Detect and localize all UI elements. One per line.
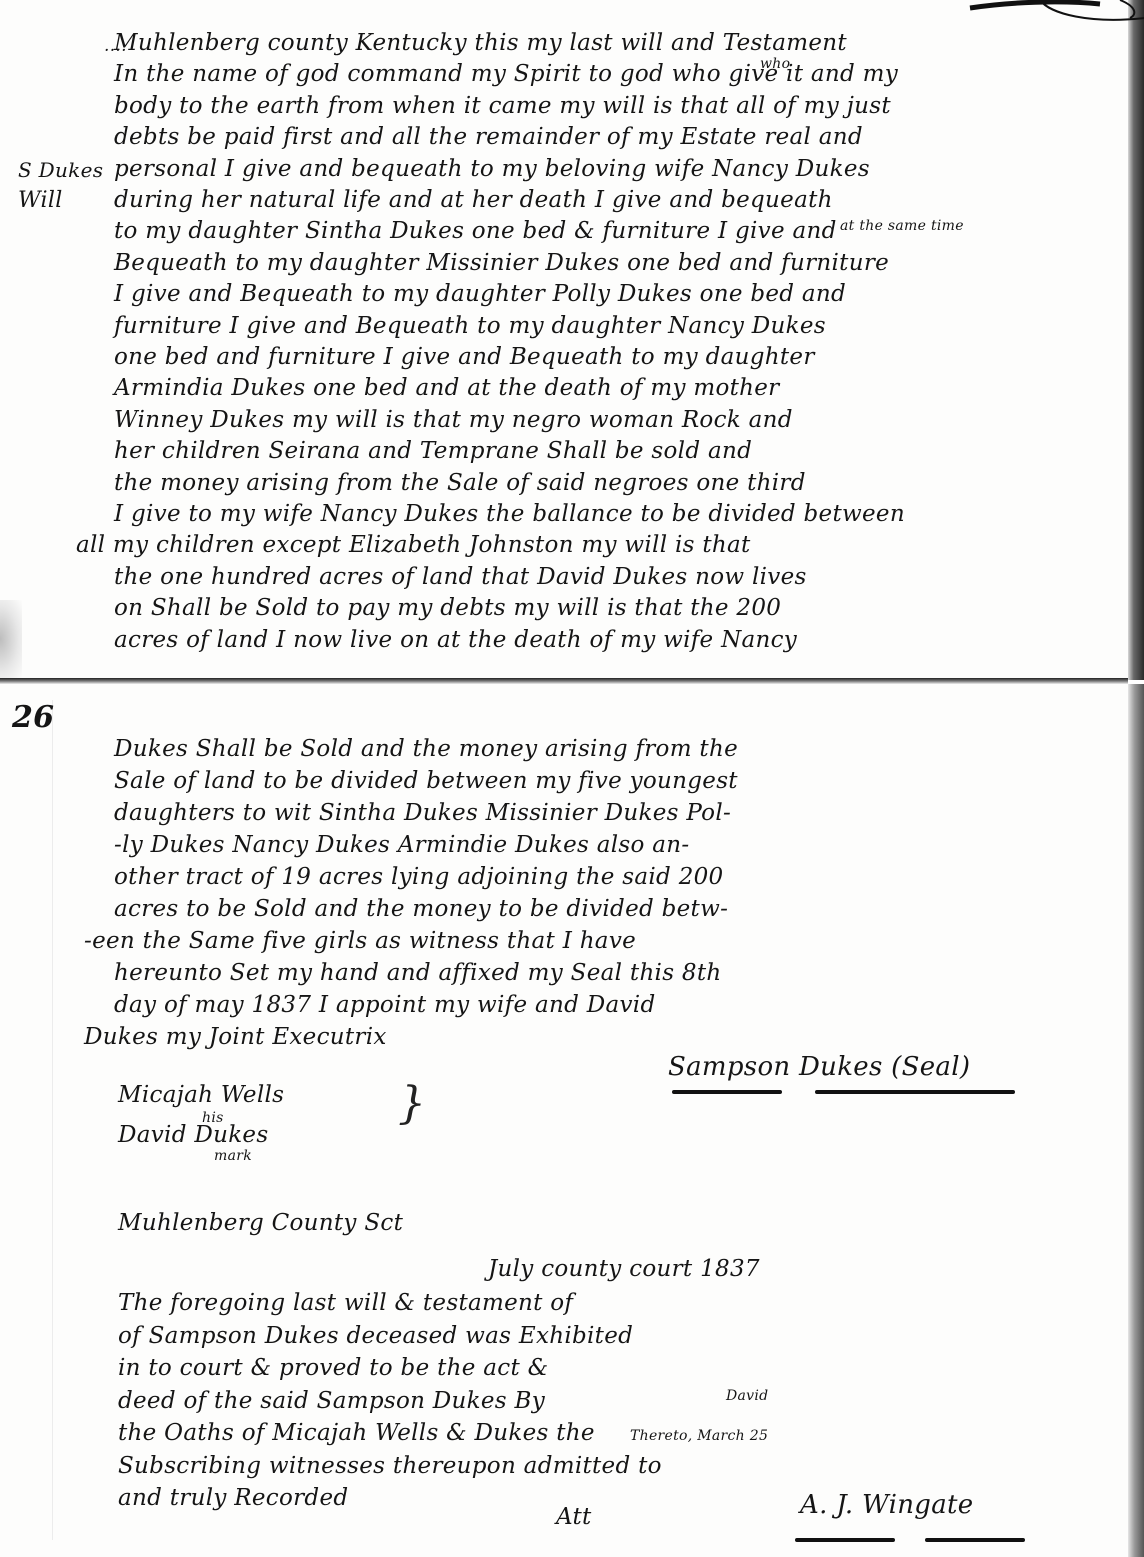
handwritten-line: day of may 1837 I appoint my wife and Da… [114, 992, 655, 1018]
handwritten-line: Bequeath to my daughter Missinier Dukes … [114, 250, 889, 276]
handwritten-line: of Sampson Dukes deceased was Exhibited [118, 1323, 633, 1349]
handwritten-line: the money arising from the Sale of said … [114, 470, 806, 496]
handwritten-line: one bed and furniture I give and Bequeat… [114, 344, 815, 370]
witness-brace: } [398, 1078, 426, 1129]
handwritten-line: I give and Bequeath to my daughter Polly… [114, 281, 846, 307]
handwritten-line: on Shall be Sold to pay my debts my will… [114, 595, 781, 621]
handwritten-line: her children Seirana and Temprane Shall … [114, 438, 752, 464]
handwritten-line: body to the earth from when it came my w… [114, 93, 891, 119]
clerk-signature: A. J. Wingate [800, 1490, 973, 1520]
handwritten-line: acres to be Sold and the money to be div… [114, 896, 728, 922]
margin-rule [52, 700, 53, 1540]
witness-one: Micajah Wells [118, 1082, 284, 1108]
handwritten-line: acres of land I now live on at the death… [114, 627, 797, 653]
page-smudge [0, 600, 22, 678]
handwritten-line: Dukes Shall be Sold and the money arisin… [114, 736, 738, 762]
page-number: 26 [12, 700, 54, 735]
clerk-underline [795, 1538, 895, 1542]
clerk-underline [925, 1538, 1025, 1542]
handwritten-line: other tract of 19 acres lying adjoining … [114, 864, 724, 890]
handwritten-line: Winney Dukes my will is that my negro wo… [114, 407, 793, 433]
handwritten-line: I give to my wife Nancy Dukes the ballan… [114, 501, 905, 527]
handwritten-line: Dukes my Joint Executrix [84, 1024, 387, 1050]
handwritten-line: debts be paid first and all the remainde… [114, 124, 863, 150]
handwritten-line: The foregoing last will & testament of [118, 1290, 573, 1316]
attest-mark: Att [556, 1504, 592, 1530]
handwritten-line: Sale of land to be divided between my fi… [114, 768, 738, 794]
handwritten-line: during her natural life and at her death… [114, 187, 833, 213]
signature-underline [815, 1090, 1015, 1094]
handwritten-line: -ly Dukes Nancy Dukes Armindie Dukes als… [114, 832, 689, 858]
handwritten-line: In the name of god command my Spirit to … [114, 61, 898, 87]
testator-signature: Sampson Dukes (Seal) [668, 1052, 970, 1082]
top-flourish-decoration [800, 0, 1144, 34]
handwritten-line: furniture I give and Bequeath to my daug… [114, 313, 826, 339]
insertion-at-the-same-time: at the same time [840, 218, 964, 234]
handwritten-line: the Oaths of Micajah Wells & Dukes the [118, 1420, 595, 1446]
page-two-binding-edge [1128, 684, 1144, 1557]
handwritten-line: -een the Same five girls as witness that… [84, 928, 636, 954]
handwritten-line: all my children except Elizabeth Johnsto… [76, 532, 751, 558]
margin-note-will: Will [18, 188, 63, 213]
handwritten-line: in to court & proved to be the act & [118, 1355, 548, 1381]
court-session: July county court 1837 [488, 1256, 760, 1282]
witness-two-mark: mark [214, 1148, 252, 1164]
signature-underline [672, 1090, 782, 1094]
handwritten-line: hereunto Set my hand and affixed my Seal… [114, 960, 722, 986]
insertion-note: Thereto, March 25 [630, 1428, 768, 1444]
handwritten-line: Armindia Dukes one bed and at the death … [114, 375, 779, 401]
handwritten-line: to my daughter Sintha Dukes one bed & fu… [114, 218, 837, 244]
handwritten-line: personal I give and bequeath to my belov… [114, 156, 870, 182]
handwritten-line: deed of the said Sampson Dukes By [118, 1388, 545, 1414]
handwritten-line: and truly Recorded [118, 1485, 348, 1511]
handwritten-line: Subscribing witnesses thereupon admitted… [118, 1453, 662, 1479]
court-heading: Muhlenberg County Sct [118, 1210, 403, 1236]
margin-note-name: S Dukes [18, 158, 103, 182]
witness-two: David Dukes [118, 1122, 268, 1148]
handwritten-line: Muhlenberg county Kentucky this my last … [114, 30, 847, 56]
insertion-david: David [726, 1388, 768, 1404]
handwritten-line: the one hundred acres of land that David… [114, 564, 807, 590]
handwritten-line: daughters to wit Sintha Dukes Missinier … [114, 800, 731, 826]
page-one-binding-edge [1128, 0, 1144, 680]
